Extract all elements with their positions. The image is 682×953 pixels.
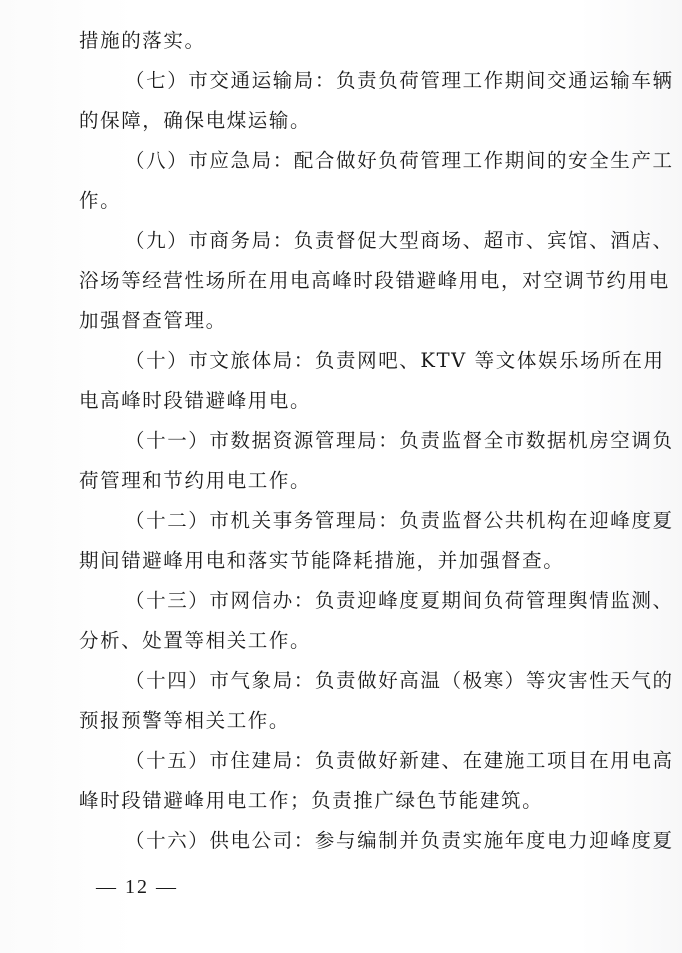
paragraph-culture-tourism-bureau: （十）市文旅体局：负责网吧、KTV 等文体娱乐场所在用: [125, 348, 665, 374]
paragraph-power-supply-company: （十六）供电公司：参与编制并负责实施年度电力迎峰度夏: [125, 828, 674, 854]
text-line: 分析、处置等相关工作。: [79, 628, 311, 654]
text-line: 电高峰时段错避峰用电。: [79, 388, 311, 414]
text-line: 措施的落实。: [79, 28, 206, 54]
text-line: 作。: [79, 188, 121, 214]
paragraph-meteorological-bureau: （十四）市气象局：负责做好高温（极寒）等灾害性天气的: [125, 668, 674, 694]
text-line: 加强督查管理。: [79, 308, 227, 334]
paragraph-commerce-bureau: （九）市商务局：负责督促大型商场、超市、宾馆、酒店、: [125, 228, 674, 254]
paragraph-data-resources-bureau: （十一）市数据资源管理局：负责监督全市数据机房空调负: [125, 428, 674, 454]
text-line: 期间错避峰用电和落实节能降耗措施，并加强督查。: [79, 548, 564, 574]
paragraph-cyberspace-office: （十三）市网信办：负责迎峰度夏期间负荷管理舆情监测、: [125, 588, 674, 614]
page-number: — 12 —: [96, 876, 178, 899]
text-line: 峰时段错避峰用电工作；负责推广绿色节能建筑。: [79, 788, 543, 814]
paragraph-government-affairs-bureau: （十二）市机关事务管理局：负责监督公共机构在迎峰度夏: [125, 508, 674, 534]
text-line: 预报预警等相关工作。: [79, 708, 290, 734]
paragraph-transport-bureau: （七）市交通运输局：负责负荷管理工作期间交通运输车辆: [125, 68, 674, 94]
paragraph-housing-construction-bureau: （十五）市住建局：负责做好新建、在建施工项目在用电高: [125, 748, 674, 774]
text-line: 荷管理和节约用电工作。: [79, 468, 311, 494]
text-line: 浴场等经营性场所在用电高峰时段错避峰用电，对空调节约用电: [79, 268, 670, 294]
text-line: 的保障，确保电煤运输。: [79, 108, 311, 134]
document-page: 措施的落实。 （七）市交通运输局：负责负荷管理工作期间交通运输车辆 的保障，确保…: [0, 0, 682, 953]
paragraph-emergency-bureau: （八）市应急局：配合做好负荷管理工作期间的安全生产工: [125, 148, 674, 174]
